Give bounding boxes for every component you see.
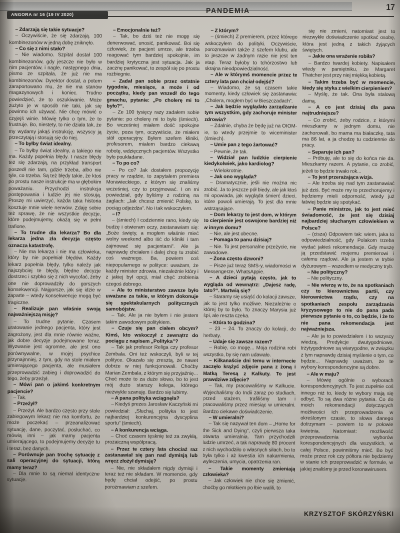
interview-answer: – Tak jak profesor Religa czy profesor Z… [105, 345, 198, 396]
interview-answer: – Ale trzeba się nad tym zastanawiać już… [302, 181, 395, 207]
interview-answer: – Tak, my pracowaliśmy w Kalkucie. Wyjec… [203, 383, 296, 415]
interview-answer: – (śmiech) I codziennie rano, kiedy się … [106, 218, 199, 288]
article-column-1: – Zdarzają się takie sytuacje?– Oczywiśc… [7, 27, 102, 526]
interview-answer: – Staramy się usiąść do kolacji zawsze, … [203, 294, 296, 320]
interview-answer: – (cisza) Odpowiem tak: wiem, jaka to od… [301, 232, 394, 271]
masthead-box: ANGORA nr 16 (19 IV 2020) [7, 11, 108, 20]
interview-answer: – Wiadomo, że są czasem takie momenty, k… [204, 85, 297, 105]
interview-question: – Takim trzeba być w momencie, kiedy się… [302, 79, 395, 92]
article-body: – Zdarzają się takie sytuacje?– Oczywiśc… [7, 27, 396, 528]
interview-question: – Ale w którymś momencie przez te cztery… [205, 72, 298, 85]
interview-answer: – (śmiech) Z premierem, przez którego ws… [205, 34, 298, 73]
page-number: 17 [369, 3, 395, 12]
interview-answer: – Nie. To jest personalne przeżycie, nie… [204, 244, 297, 257]
interview-answer: – Myślę, że tak. Ona była stalową damą. [302, 92, 395, 105]
section-title: PANDEMIA [206, 8, 250, 16]
interview-answer: – Oczywiście, że się zdarzają. 100 kombi… [9, 33, 102, 46]
interview-question: – Jak będzie wyglądało zarządzanie tym w… [204, 104, 297, 124]
interview-answer: – Dramatycznie, jeśli nie można nic zrob… [204, 180, 297, 212]
interview-question: – Realizuje pan właśnie swoją najważniej… [8, 306, 101, 319]
interview-question: – Kilkanaście dni temu w internecie zacz… [203, 358, 296, 384]
interview-question: – Zadał pan sobie przez ostatnie tygodni… [107, 78, 200, 110]
interview-answer: – To trudne pytanie. Czasem uratowanie j… [7, 319, 100, 383]
interview-answer: – Tak, bo dziś też nie mogę się denerwow… [107, 34, 200, 79]
interview-question: – Panie ministrze, jak to jest mieć świa… [301, 206, 394, 232]
interview-answer: – Jak człowiek nie chce się zmienić, cho… [202, 478, 295, 491]
interview-question: – Mówi pan o jakimś konkretnym pacjencie… [7, 382, 100, 395]
interview-answer: – Co zrobić, żeby rodzice, z którymi mie… [302, 117, 395, 149]
interview-answer: – 23 – 24. To znaczy do kolacji, do herb… [203, 326, 296, 339]
interview-answer: – Bardzo twardej kobiety. Napisałem wted… [302, 60, 395, 80]
interview-question: – A dzieci pytają często, jak to wygląda… [203, 275, 296, 295]
interview-answer: – Zdalnie, chyba że będę już na OIOM-ie,… [204, 123, 297, 143]
interview-answer: się nie zmieni, natomiast jest to niezwy… [302, 29, 395, 55]
interview-question: – Przez te cztery lata chociaż raz zasta… [105, 446, 198, 466]
interview-question: – Dom lekarzy to jest dom, w którym to c… [204, 212, 297, 232]
interview-answer: – Po co? Jak dostałem propozycję pracy w… [106, 167, 199, 212]
interview-answer: – Choć czasem tęsknię też za zwykłą, pro… [105, 433, 198, 446]
interview-answer: – Kiedyś prezes Jarosław Kaczyński mi po… [105, 402, 198, 428]
interview-answer: – Pisze już teraz SMS-y, wiadomości w Me… [204, 263, 297, 276]
interview-answer: – Ale ja to powiedziałem i to wszyscy wi… [301, 333, 394, 372]
article-column-2: – Emocjonalnie też?– Tak, bo dziś też ni… [104, 28, 199, 527]
interview-answer: – Nie wiadomo. Szpital dostał 100 kombin… [9, 52, 102, 141]
interview-answer: – To byłby świat idealny, a takiego nie … [8, 148, 101, 231]
interview-question: – Czuje się pan ciałem obcym? Kimś, kto … [105, 326, 198, 346]
interview-answer: – Tak się nazywał ten dom – „Home for th… [203, 421, 296, 466]
article-column-4: się nie zmieni, natomiast jest to niezwy… [300, 29, 395, 528]
interview-question: – Ale to ministerstwo zawsze było uważan… [106, 288, 199, 314]
newspaper-page: 17 ANGORA nr 16 (19 IV 2020) PANDEMIA – … [0, 0, 400, 533]
interview-answer: – Próbuję, ale to się do końca nie da. M… [302, 155, 395, 175]
interview-answer: – Dla mnie to są niemal identyczne sytua… [7, 471, 100, 484]
interview-answer: – Nie ma lekarza i nie ma człowieka, któ… [8, 249, 101, 307]
interview-question: – Takie momenty zmieniają człowieka? [202, 466, 295, 479]
interview-answer: – Przeżył. Ale bardzo często przy stole … [7, 408, 100, 453]
issue-label: ANGORA nr 16 (19 IV 2020) [11, 12, 74, 17]
interview-question: – A co jest dzisiaj dla pana najtrudniej… [302, 105, 395, 118]
byline: KRZYSZTOF SKÓRZYŃSKI [303, 511, 395, 518]
interview-question: – Nie wierzę w to, że na spotkaniach czy… [301, 282, 394, 333]
article-column-3: – Z którym?– (śmiech) Z premierem, przez… [202, 28, 297, 527]
interview-answer: – Nie, nie składałem nigdy dymisji i ter… [105, 465, 198, 491]
interview-question: – To trudne dla lekarza? Bo dla lekarza … [8, 230, 101, 250]
interview-answer: – Robię, co mogę... Moja rodzina robi ws… [203, 345, 296, 358]
interview-answer: – Tak. Ale ja nie byłem i nie jestem tak… [105, 313, 198, 326]
interview-answer: – Ze 100 tysięcy razy zadałem sobie pyta… [106, 110, 199, 161]
interview-question: – Porównuje pan trochę sytuację z sali o… [7, 452, 100, 472]
page-top-strip [0, 2, 352, 11]
interview-answer: – Mówię ogólnie o wyborach korespondency… [300, 377, 393, 473]
interview-question: – Widział pan ludzkie cierpienie kiedyko… [204, 155, 297, 168]
